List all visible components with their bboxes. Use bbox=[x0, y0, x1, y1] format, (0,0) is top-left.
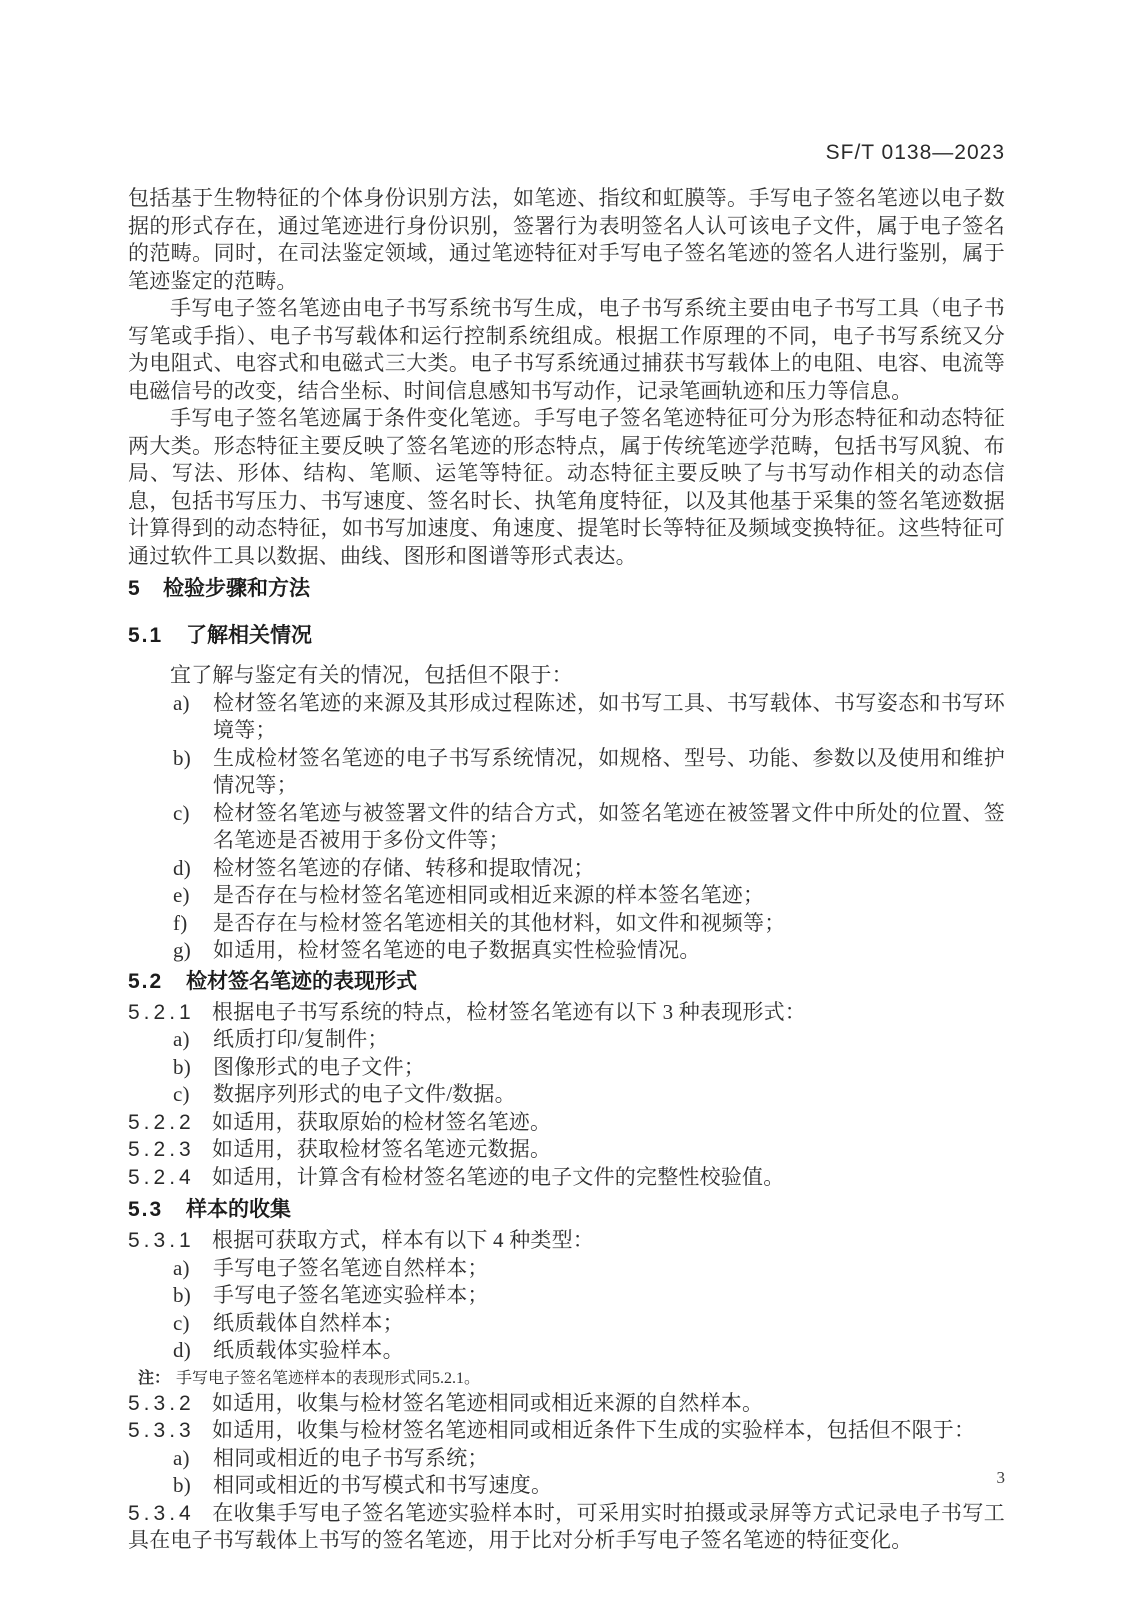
clause-5-2-3: 5.2.3如适用，获取检材签名笔迹元数据。 bbox=[128, 1136, 1005, 1164]
section-5-title: 检验步骤和方法 bbox=[163, 577, 310, 601]
list-item: d) 检材签名笔迹的存储、转移和提取情况； bbox=[173, 855, 1005, 883]
clause-text: 根据电子书写系统的特点，检材签名笔迹有以下 3 种表现形式： bbox=[212, 1000, 806, 1024]
clause-text: 如适用，获取原始的检材签名笔迹。 bbox=[212, 1110, 551, 1134]
list-item-label: c) bbox=[173, 1081, 213, 1109]
list-item-label: e) bbox=[173, 882, 213, 910]
list-item-label: d) bbox=[173, 1337, 213, 1365]
clause-number: 5.3.4 bbox=[128, 1500, 212, 1528]
clause-number: 5.3.3 bbox=[128, 1417, 212, 1445]
section-5-3-heading: 5.3 样本的收集 bbox=[128, 1198, 1005, 1222]
section-5-3-title: 样本的收集 bbox=[186, 1198, 291, 1222]
list-item-label: a) bbox=[173, 1445, 213, 1473]
note-label: 注： bbox=[138, 1367, 170, 1390]
note-line: 注： 手写电子签名笔迹样本的表现形式同5.2.1。 bbox=[138, 1367, 1005, 1390]
section-5-3-number: 5.3 bbox=[128, 1198, 186, 1222]
clause-text: 如适用，收集与检材签名笔迹相同或相近条件下生成的实验样本，包括但不限于： bbox=[212, 1418, 975, 1442]
list-item: b) 生成检材签名笔迹的电子书写系统情况，如规格、型号、功能、参数以及使用和维护… bbox=[173, 745, 1005, 800]
list-item: b) 图像形式的电子文件； bbox=[173, 1054, 1005, 1082]
intro-paragraph-3: 手写电子签名笔迹属于条件变化笔迹。手写电子签名笔迹特征可分为形态特征和动态特征两… bbox=[128, 405, 1005, 570]
list-item: c) 纸质载体自然样本； bbox=[173, 1310, 1005, 1338]
document-page: SF/T 0138—2023 包括基于生物特征的个体身份识别方法，如笔迹、指纹和… bbox=[0, 0, 1131, 1600]
list-item-label: f) bbox=[173, 910, 213, 938]
list-item-label: b) bbox=[173, 1472, 213, 1500]
list-item-text: 图像形式的电子文件； bbox=[213, 1054, 1005, 1082]
clause-number: 5.3.2 bbox=[128, 1390, 212, 1418]
clause-number: 5.2.4 bbox=[128, 1164, 212, 1192]
list-item-text: 纸质载体实验样本。 bbox=[213, 1337, 1005, 1365]
list-item-label: a) bbox=[173, 690, 213, 745]
list-item-label: b) bbox=[173, 1282, 213, 1310]
clause-5-3-1: 5.3.1根据可获取方式，样本有以下 4 种类型： bbox=[128, 1227, 1005, 1255]
section-5-1-heading: 5.1 了解相关情况 bbox=[128, 624, 1005, 648]
list-item-label: a) bbox=[173, 1255, 213, 1283]
note-text: 手写电子签名笔迹样本的表现形式同5.2.1。 bbox=[176, 1367, 480, 1390]
list-item-label: g) bbox=[173, 937, 213, 965]
clause-5-2-1: 5.2.1根据电子书写系统的特点，检材签名笔迹有以下 3 种表现形式： bbox=[128, 999, 1005, 1027]
clause-5-2-4: 5.2.4如适用，计算含有检材签名笔迹的电子文件的完整性校验值。 bbox=[128, 1164, 1005, 1192]
clause-text: 根据可获取方式，样本有以下 4 种类型： bbox=[212, 1228, 594, 1252]
list-item-label: c) bbox=[173, 1310, 213, 1338]
list-item-label: c) bbox=[173, 800, 213, 855]
intro-paragraph-1: 包括基于生物特征的个体身份识别方法，如笔迹、指纹和虹膜等。手写电子签名笔迹以电子… bbox=[128, 185, 1005, 295]
clause-5-3-3: 5.3.3如适用，收集与检材签名笔迹相同或相近条件下生成的实验样本，包括但不限于… bbox=[128, 1417, 1005, 1445]
list-item-label: a) bbox=[173, 1026, 213, 1054]
clause-number: 5.2.2 bbox=[128, 1109, 212, 1137]
page-content: SF/T 0138—2023 包括基于生物特征的个体身份识别方法，如笔迹、指纹和… bbox=[0, 0, 1131, 1555]
section-5-2-heading: 5.2 检材签名笔迹的表现形式 bbox=[128, 970, 1005, 994]
list-item-text: 手写电子签名笔迹自然样本； bbox=[213, 1255, 1005, 1283]
running-header-doc-code: SF/T 0138—2023 bbox=[128, 142, 1005, 164]
list-item: b) 手写电子签名笔迹实验样本； bbox=[173, 1282, 1005, 1310]
list-item: g) 如适用，检材签名笔迹的电子数据真实性检验情况。 bbox=[173, 937, 1005, 965]
clause-number: 5.3.1 bbox=[128, 1227, 212, 1255]
clause-number: 5.2.1 bbox=[128, 999, 212, 1027]
list-item-text: 纸质载体自然样本； bbox=[213, 1310, 1005, 1338]
list-item: a) 手写电子签名笔迹自然样本； bbox=[173, 1255, 1005, 1283]
section-5-1-lead: 宜了解与鉴定有关的情况，包括但不限于： bbox=[128, 662, 1005, 690]
list-item: c) 检材签名笔迹与被签署文件的结合方式，如签名笔迹在被签署文件中所处的位置、签… bbox=[173, 800, 1005, 855]
list-item-text: 如适用，检材签名笔迹的电子数据真实性检验情况。 bbox=[213, 937, 1005, 965]
list-item-text: 是否存在与检材签名笔迹相关的其他材料，如文件和视频等； bbox=[213, 910, 1005, 938]
clause-text: 如适用，获取检材签名笔迹元数据。 bbox=[212, 1137, 551, 1161]
list-item-text: 手写电子签名笔迹实验样本； bbox=[213, 1282, 1005, 1310]
clause-text: 在收集手写电子签名笔迹实验样本时，可采用实时拍摄或录屏等方式记录电子书写工具在电… bbox=[128, 1501, 1005, 1553]
clause-5-3-4: 5.3.4在收集手写电子签名笔迹实验样本时，可采用实时拍摄或录屏等方式记录电子书… bbox=[128, 1500, 1005, 1555]
section-5-1-number: 5.1 bbox=[128, 624, 186, 648]
list-item-text: 检材签名笔迹的存储、转移和提取情况； bbox=[213, 855, 1005, 883]
list-item-label: d) bbox=[173, 855, 213, 883]
list-item-text: 检材签名笔迹的来源及其形成过程陈述，如书写工具、书写载体、书写姿态和书写环境等； bbox=[213, 690, 1005, 745]
clause-5-3-2: 5.3.2如适用，收集与检材签名笔迹相同或相近来源的自然样本。 bbox=[128, 1390, 1005, 1418]
list-item: b) 相同或相近的书写模式和书写速度。 bbox=[173, 1472, 1005, 1500]
list-item: d) 纸质载体实验样本。 bbox=[173, 1337, 1005, 1365]
list-item-text: 纸质打印/复制件； bbox=[213, 1026, 1005, 1054]
clause-number: 5.2.3 bbox=[128, 1136, 212, 1164]
page-number: 3 bbox=[997, 1468, 1006, 1488]
clause-5-2-2: 5.2.2如适用，获取原始的检材签名笔迹。 bbox=[128, 1109, 1005, 1137]
section-5-heading: 5 检验步骤和方法 bbox=[128, 577, 1005, 601]
list-item: e) 是否存在与检材签名笔迹相同或相近来源的样本签名笔迹； bbox=[173, 882, 1005, 910]
list-item-text: 检材签名笔迹与被签署文件的结合方式，如签名笔迹在被签署文件中所处的位置、签名笔迹… bbox=[213, 800, 1005, 855]
list-item-text: 是否存在与检材签名笔迹相同或相近来源的样本签名笔迹； bbox=[213, 882, 1005, 910]
list-item: a) 纸质打印/复制件； bbox=[173, 1026, 1005, 1054]
list-item: a) 检材签名笔迹的来源及其形成过程陈述，如书写工具、书写载体、书写姿态和书写环… bbox=[173, 690, 1005, 745]
list-item-text: 生成检材签名笔迹的电子书写系统情况，如规格、型号、功能、参数以及使用和维护情况等… bbox=[213, 745, 1005, 800]
list-item-text: 相同或相近的电子书写系统； bbox=[213, 1445, 1005, 1473]
list-item-text: 数据序列形式的电子文件/数据。 bbox=[213, 1081, 1005, 1109]
clause-text: 如适用，收集与检材签名笔迹相同或相近来源的自然样本。 bbox=[212, 1391, 763, 1415]
intro-paragraph-2: 手写电子签名笔迹由电子书写系统书写生成，电子书写系统主要由电子书写工具（电子书写… bbox=[128, 295, 1005, 405]
clause-text: 如适用，计算含有检材签名笔迹的电子文件的完整性校验值。 bbox=[212, 1165, 784, 1189]
list-item: c) 数据序列形式的电子文件/数据。 bbox=[173, 1081, 1005, 1109]
list-item-text: 相同或相近的书写模式和书写速度。 bbox=[213, 1472, 1005, 1500]
section-5-2-title: 检材签名笔迹的表现形式 bbox=[186, 970, 417, 994]
section-5-1-title: 了解相关情况 bbox=[186, 624, 312, 648]
list-item: a) 相同或相近的电子书写系统； bbox=[173, 1445, 1005, 1473]
list-item: f) 是否存在与检材签名笔迹相关的其他材料，如文件和视频等； bbox=[173, 910, 1005, 938]
list-item-label: b) bbox=[173, 1054, 213, 1082]
list-item-label: b) bbox=[173, 745, 213, 800]
section-5-2-number: 5.2 bbox=[128, 970, 186, 994]
section-5-number: 5 bbox=[128, 577, 163, 601]
